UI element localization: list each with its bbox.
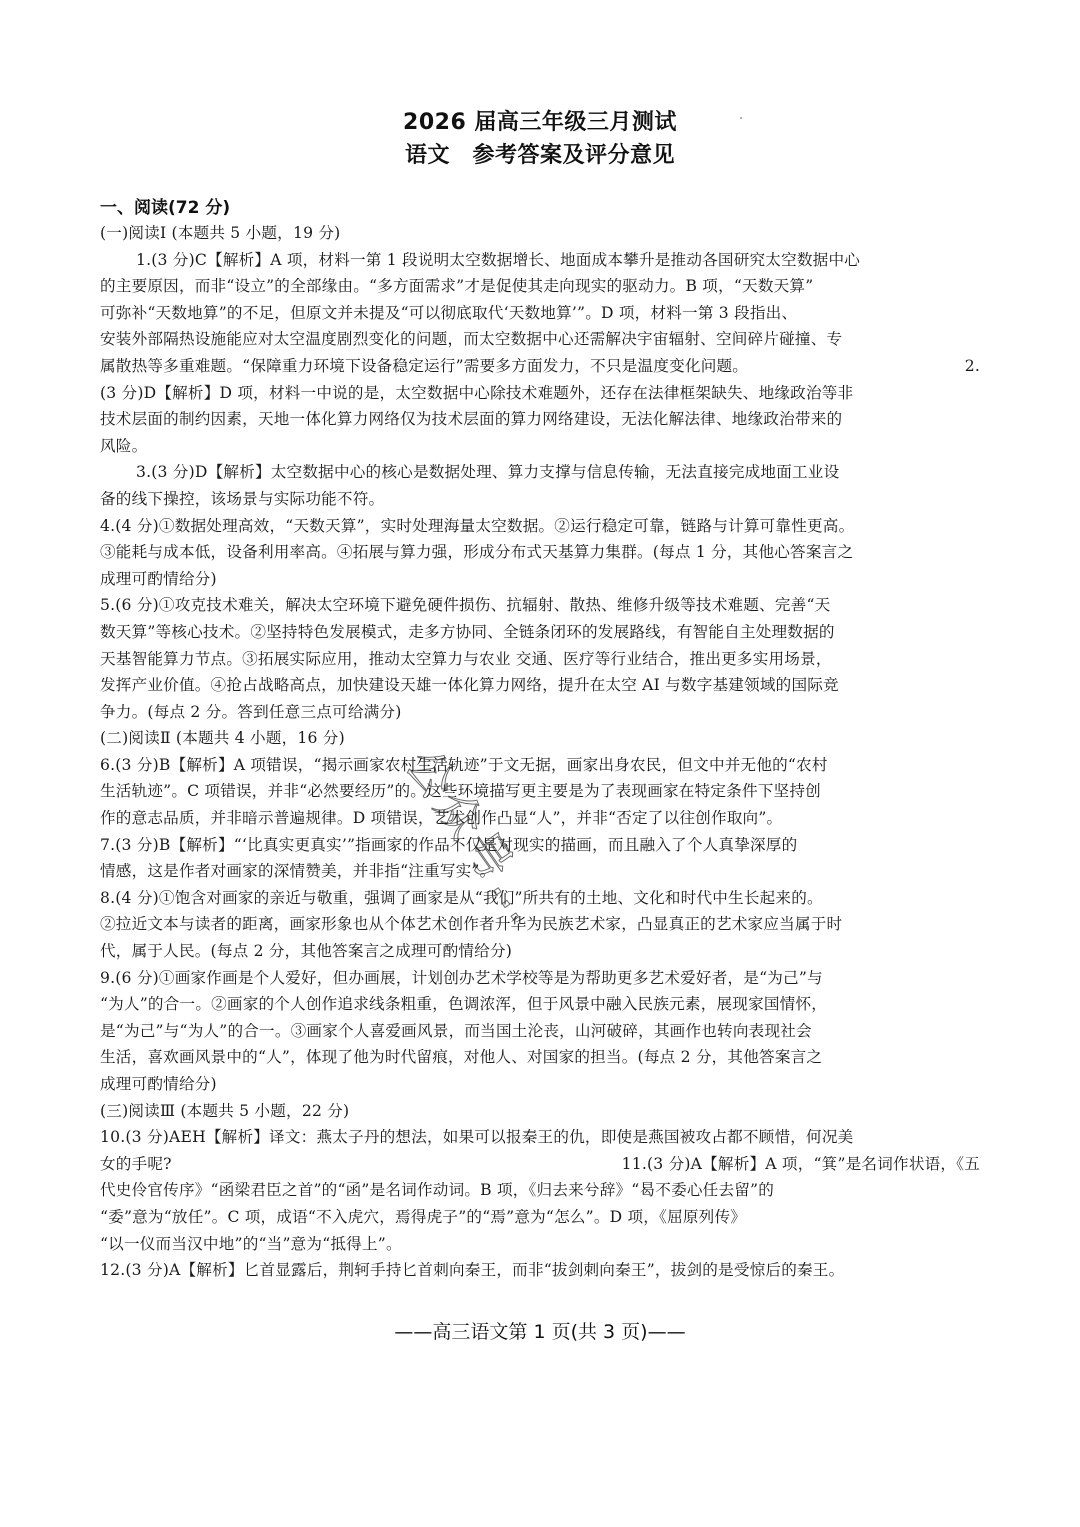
text-line: 的主要原因，而非“设立”的全部缘由。“多方面需求”才是促使其走向现实的驱动力。B… [100, 273, 980, 300]
text-line: 8.(4 分)①饱含对画家的亲近与敬重，强调了画家是从“我们”所共有的土地、文化… [100, 885, 980, 912]
text-line-content: 情感，这是作者对画家的深情赞美，并非指“注重写实”。 [100, 862, 495, 880]
text-line-content: 3.(3 分)D【解析】太空数据中心的核心是数据处理、算力支撑与信息传输，无法直… [136, 463, 839, 481]
text-line: 代，属于人民。(每点 2 分，其他答案言之成理可酌情给分) [100, 938, 980, 965]
section-heading-reading: 一、阅读(72 分) [100, 193, 230, 218]
text-line-content: 安装外部隔热设施能应对太空温度剧烈变化的问题，而太空数据中心还需解决宇宙辐射、空… [100, 330, 842, 348]
text-line-content: 10.(3 分)AEH【解析】译文：燕太子丹的想法，如果可以报秦王的仇，即使是燕… [100, 1128, 853, 1146]
text-line: 发挥产业价值。④抢占战略高点，加快建设天雄一体化算力网络，提升在太空 AI 与数… [100, 672, 980, 699]
text-line: 9.(6 分)①画家作画是个人爱好，但办画展，计划创办艺术学校等是为帮助更多艺术… [100, 965, 980, 992]
text-line: (二)阅读Ⅱ (本题共 4 小题，16 分) [100, 725, 980, 752]
text-line: (三)阅读Ⅲ (本题共 5 小题，22 分) [100, 1098, 980, 1125]
text-line: 12.(3 分)A【解析】匕首显露后，荆轲手持匕首刺向秦王，而非“拔剑刺向秦王”… [100, 1257, 980, 1284]
text-line-content: 属散热等多重难题。“保障重力环境下设备稳定运行”需要多方面发力，不只是温度变化问… [100, 353, 748, 380]
text-line: (3 分)D【解析】D 项，材料一中说的是，太空数据中心除技术难题外，还存在法律… [100, 380, 980, 407]
text-line-content: 4.(4 分)①数据处理高效，“天数天算”，实时处理海量太空数据。②运行稳定可靠… [100, 517, 854, 535]
text-line: 生活，喜欢画风景中的“人”，体现了他为时代留痕，对他人、对国家的担当。(每点 2… [100, 1044, 980, 1071]
text-line: 备的线下操控，该场景与实际功能不符。 [100, 486, 980, 513]
text-line-content: 9.(6 分)①画家作画是个人爱好，但办画展，计划创办艺术学校等是为帮助更多艺术… [100, 969, 823, 987]
text-line: 女的手呢?11.(3 分)A【解析】A 项，“箕”是名词作状语，《五 [100, 1151, 980, 1178]
text-line-content: 7.(3 分)B【解析】“‘比真实更真实’”指画家的作品不仅是对现实的描画，而且… [100, 836, 797, 854]
text-line-content: (三)阅读Ⅲ (本题共 5 小题，22 分) [100, 1102, 349, 1120]
text-line-content: 代史伶官传序》“函梁君臣之首”的“函”是名词作动词。B 项，《归去来兮辞》“曷不… [100, 1181, 774, 1199]
text-line: 7.(3 分)B【解析】“‘比真实更真实’”指画家的作品不仅是对现实的描画，而且… [100, 832, 980, 859]
text-line-content: 5.(6 分)①攻克技术难关，解决太空环境下避免硬件损伤、抗辐射、散热、维修升级… [100, 596, 830, 614]
text-line-trailing: 2. [965, 353, 980, 380]
text-line: 生活轨迹”。C 项错误，并非“必然要经历”的。这些环境描写更主要是为了表现画家在… [100, 778, 980, 805]
text-line-content: (二)阅读Ⅱ (本题共 4 小题，16 分) [100, 729, 345, 747]
text-line: 成理可酌情给分) [100, 566, 980, 593]
page-footer: ——高三语文第 1 页(共 3 页)—— [0, 1317, 1080, 1344]
text-line-content: 成理可酌情给分) [100, 570, 217, 588]
text-line-content: 代，属于人民。(每点 2 分，其他答案言之成理可酌情给分) [100, 942, 512, 960]
text-line-content: 成理可酌情给分) [100, 1075, 217, 1093]
text-line: 4.(4 分)①数据处理高效，“天数天算”，实时处理海量太空数据。②运行稳定可靠… [100, 513, 980, 540]
text-line: 6.(3 分)B【解析】A 项错误，“揭示画家农村生活轨迹”于文无据，画家出身农… [100, 752, 980, 779]
text-line-content: 生活，喜欢画风景中的“人”，体现了他为时代留痕，对他人、对国家的担当。(每点 2… [100, 1048, 822, 1066]
text-line-content: 的主要原因，而非“设立”的全部缘由。“多方面需求”才是促使其走向现实的驱动力。B… [100, 277, 813, 295]
text-line-content: “以一仪而当汉中地”的“当”意为“抵得上”。 [100, 1235, 402, 1253]
text-line: ③能耗与成本低，设备利用率高。④拓展与算力强，形成分布式天基算力集群。(每点 1… [100, 539, 980, 566]
text-line-content: 是“为己”与“为人”的合一。③画家个人喜爱画风景，而当国土沦丧，山河破碎，其画作… [100, 1022, 812, 1040]
document-subtitle: 语文 参考答案及评分意见 [0, 138, 1080, 169]
text-line: 天基智能算力节点。③拓展实际应用，推动太空算力与农业 交通、医疗等行业结合，推出… [100, 646, 980, 673]
text-line: ②拉近文本与读者的距离，画家形象也从个体艺术创作者升华为民族艺术家，凸显真正的艺… [100, 911, 980, 938]
text-line-content: 作的意志品质，并非暗示普遍规律。D 项错误，艺术创作凸显“人”，并非“否定了以往… [100, 809, 782, 827]
text-line: 1.(3 分)C【解析】A 项，材料一第 1 段说明太空数据增长、地面成本攀升是… [100, 247, 980, 274]
text-line-content: 生活轨迹”。C 项错误，并非“必然要经历”的。这些环境描写更主要是为了表现画家在… [100, 782, 821, 800]
text-line-content: 12.(3 分)A【解析】匕首显露后，荆轲手持匕首刺向秦王，而非“拔剑刺向秦王”… [100, 1261, 844, 1279]
answer-body: (一)阅读Ⅰ (本题共 5 小题，19 分)1.(3 分)C【解析】A 项，材料… [100, 220, 980, 1284]
text-line: “以一仪而当汉中地”的“当”意为“抵得上”。 [100, 1231, 980, 1258]
text-line: 风险。 [100, 433, 980, 460]
text-line-content: ③能耗与成本低，设备利用率高。④拓展与算力强，形成分布式天基算力集群。(每点 1… [100, 543, 853, 561]
text-line-content: (一)阅读Ⅰ (本题共 5 小题，19 分) [100, 224, 340, 242]
text-line: 10.(3 分)AEH【解析】译文：燕太子丹的想法，如果可以报秦王的仇，即使是燕… [100, 1124, 980, 1151]
text-line-content: 数天算”等核心技术。②坚持特色发展模式，走多方协同、全链条闭环的发展路线，有智能… [100, 623, 835, 641]
text-line-content: 争力。(每点 2 分。答到任意三点可给满分) [100, 703, 402, 721]
text-line: 3.(3 分)D【解析】太空数据中心的核心是数据处理、算力支撑与信息传输，无法直… [100, 459, 980, 486]
text-line: 技术层面的制约因素，天地一体化算力网络仅为技术层面的算力网络建设，无法化解法律、… [100, 406, 980, 433]
answer-key-page: 2026 届高三年级三月测试 语文 参考答案及评分意见 一、阅读(72 分) (… [0, 0, 1080, 1527]
text-line: 成理可酌情给分) [100, 1071, 980, 1098]
text-line-content: 风险。 [100, 437, 147, 455]
text-line-content: 8.(4 分)①饱含对画家的亲近与敬重，强调了画家是从“我们”所共有的土地、文化… [100, 889, 823, 907]
text-line-trailing: 11.(3 分)A【解析】A 项，“箕”是名词作状语，《五 [622, 1151, 980, 1178]
text-line: “委”意为“放任”。C 项，成语“不入虎穴，焉得虎子”的“焉”意为“怎么”。D … [100, 1204, 980, 1231]
text-line-content: 发挥产业价值。④抢占战略高点，加快建设天雄一体化算力网络，提升在太空 AI 与数… [100, 676, 839, 694]
text-line: (一)阅读Ⅰ (本题共 5 小题，19 分) [100, 220, 980, 247]
text-line: 代史伶官传序》“函梁君臣之首”的“函”是名词作动词。B 项，《归去来兮辞》“曷不… [100, 1177, 980, 1204]
text-line-content: 1.(3 分)C【解析】A 项，材料一第 1 段说明太空数据增长、地面成本攀升是… [136, 251, 860, 269]
text-line: 情感，这是作者对画家的深情赞美，并非指“注重写实”。 [100, 858, 980, 885]
text-line: 可弥补“天数地算”的不足，但原文并未提及“可以彻底取代‘天数地算’”。D 项，材… [100, 300, 980, 327]
text-line: 属散热等多重难题。“保障重力环境下设备稳定运行”需要多方面发力，不只是温度变化问… [100, 353, 980, 380]
text-line-content: 女的手呢? [100, 1151, 172, 1178]
scan-speck [740, 117, 742, 119]
text-line: “为人”的合一。②画家的个人创作追求线条粗重，色调浓浑，但于风景中融入民族元素，… [100, 991, 980, 1018]
text-line-content: 备的线下操控，该场景与实际功能不符。 [100, 490, 384, 508]
text-line-content: “委”意为“放任”。C 项，成语“不入虎穴，焉得虎子”的“焉”意为“怎么”。D … [100, 1208, 746, 1226]
text-line: 争力。(每点 2 分。答到任意三点可给满分) [100, 699, 980, 726]
text-line-content: 天基智能算力节点。③拓展实际应用，推动太空算力与农业 交通、医疗等行业结合，推出… [100, 650, 832, 668]
text-line: 作的意志品质，并非暗示普遍规律。D 项错误，艺术创作凸显“人”，并非“否定了以往… [100, 805, 980, 832]
text-line: 安装外部隔热设施能应对太空温度剧烈变化的问题，而太空数据中心还需解决宇宙辐射、空… [100, 326, 980, 353]
text-line-content: 6.(3 分)B【解析】A 项错误，“揭示画家农村生活轨迹”于文无据，画家出身农… [100, 756, 828, 774]
text-line-content: (3 分)D【解析】D 项，材料一中说的是，太空数据中心除技术难题外，还存在法律… [100, 384, 853, 402]
document-title: 2026 届高三年级三月测试 [0, 105, 1080, 136]
text-line-content: 可弥补“天数地算”的不足，但原文并未提及“可以彻底取代‘天数地算’”。D 项，材… [100, 304, 797, 322]
text-line-content: “为人”的合一。②画家的个人创作追求线条粗重，色调浓浑，但于风景中融入民族元素，… [100, 995, 827, 1013]
text-line-content: ②拉近文本与读者的距离，画家形象也从个体艺术创作者升华为民族艺术家，凸显真正的艺… [100, 915, 842, 933]
text-line-content: 技术层面的制约因素，天地一体化算力网络仅为技术层面的算力网络建设，无法化解法律、… [100, 410, 842, 428]
text-line: 5.(6 分)①攻克技术难关，解决太空环境下避免硬件损伤、抗辐射、散热、维修升级… [100, 592, 980, 619]
text-line: 数天算”等核心技术。②坚持特色发展模式，走多方协同、全链条闭环的发展路线，有智能… [100, 619, 980, 646]
text-line: 是“为己”与“为人”的合一。③画家个人喜爱画风景，而当国土沦丧，山河破碎，其画作… [100, 1018, 980, 1045]
